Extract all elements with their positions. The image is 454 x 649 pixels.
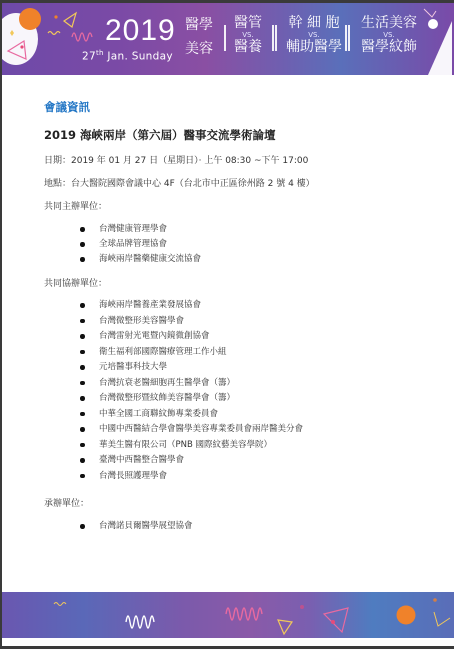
banner-tag-3: 幹 細 胞 VS. 輔助醫學 [282,15,346,55]
banner-divider [348,25,350,51]
venue-line: 地點：台大醫院國際會議中心 4F（台北市中正區徐州路 2 號 4 樓） [44,176,315,189]
bullet-icon [80,412,85,417]
banner-date: 27th Jan. Sunday [82,49,173,63]
date-rest: Jan. Sunday [104,51,173,63]
bullet-icon [80,303,85,308]
list-item-text: 台灣微整形美容醫學會 [99,314,184,326]
document-page: 2019 27th Jan. Sunday 醫學 美容 醫管 VS. 醫養 幹 … [2,3,454,646]
decorative-triangle-icon [412,3,454,75]
list-item-text: 元培醫事科技大學 [99,360,167,372]
bullet-icon [80,334,85,339]
co-organizers-label: 共同協辦單位： [44,276,107,289]
list-item-text: 台灣微整形暨紋飾美容醫學會（籌） [99,391,235,403]
tag-top: 醫學 [185,17,213,33]
bullet-icon [80,524,85,529]
tag-bottom: 醫養 [234,39,262,55]
bullet-icon [80,458,85,463]
list-item-text: 台灣長照護理學會 [99,469,167,481]
decorative-shapes-icon [2,3,112,75]
banner-tag-1: 醫學 美容 [182,17,216,57]
list-item: 台灣雷射光電暨內鏡微創協會 [2,329,454,343]
list-item: 台灣長照護理學會 [2,469,454,483]
banner-year: 2019 [105,16,176,46]
header-banner: 2019 27th Jan. Sunday 醫學 美容 醫管 VS. 醫養 幹 … [2,3,454,75]
list-item-text: 中國中西醫結合學會醫學美容專業委員會兩岸醫美分會 [99,422,303,434]
bullet-icon [80,396,85,401]
tag-bottom: 美容 [185,41,213,57]
bullet-icon [80,381,85,386]
event-title: 2019 海峽兩岸（第六屆）醫事交流學術論壇 [44,127,276,143]
list-item: 台灣微整形暨紋飾美容醫學會（籌） [2,391,454,405]
bullet-icon [80,350,85,355]
list-item: 臺灣中西醫整合醫學會 [2,453,454,467]
tag-bottom: 輔助醫學 [286,39,342,55]
list-item-text: 台灣雷射光電暨內鏡微創協會 [99,329,210,341]
tag-top: 醫管 [234,15,262,31]
bullet-icon [80,365,85,370]
section-title: 會議資訊 [44,99,90,115]
banner-divider [224,25,226,51]
list-item: 台灣健康管理學會 [2,222,454,236]
list-item: 華美生醫有限公司（PNB 國際紋藝美容學院） [2,438,454,452]
host-label: 承辦單位： [44,496,89,509]
list-item-text: 台灣諾貝爾醫學展望協會 [99,519,193,531]
tag-vs: VS. [282,31,346,39]
tag-top: 幹 細 胞 [289,15,340,31]
tag-top: 生活美容 [361,15,417,31]
bullet-icon [80,427,85,432]
bullet-icon [80,227,85,232]
list-item-text: 全球品牌管理協會 [99,237,167,249]
list-item: 元培醫事科技大學 [2,360,454,374]
list-item: 台灣微整形美容醫學會 [2,314,454,328]
footer-banner [2,592,454,638]
list-item: 全球品牌管理協會 [2,237,454,251]
list-item: 中國中西醫結合學會醫學美容專業委員會兩岸醫美分會 [2,422,454,436]
bullet-icon [80,257,85,262]
date-suffix: th [96,49,104,57]
list-item: 海峽兩岸醫養產業發展協會 [2,298,454,312]
list-item: 台灣抗衰老醫細胞再生醫學會（籌） [2,376,454,390]
bullet-icon [80,474,85,479]
banner-tag-2: 醫管 VS. 醫養 [230,15,266,55]
list-item: 衛生福利部國際醫療管理工作小組 [2,345,454,359]
list-item-text: 臺灣中西醫整合醫學會 [99,453,184,465]
bullet-icon [80,242,85,247]
list-item-text: 海峽兩岸醫養產業發展協會 [99,298,201,310]
list-item-text: 海峽兩岸醫藥健康交流協會 [99,252,201,264]
tag-bottom: 醫學紋飾 [361,39,417,55]
list-item: 海峽兩岸醫藥健康交流協會 [2,252,454,266]
banner-divider [272,25,274,51]
organizers-label: 共同主辦單位： [44,199,107,212]
tag-vs: VS. [230,31,266,39]
list-item: 中華全國工商聯紋飾專業委員會 [2,407,454,421]
decorative-shapes-icon [2,592,454,638]
date-day: 27 [82,51,96,63]
banner-divider [275,25,277,51]
bullet-icon [80,319,85,324]
date-line: 日期：2019 年 01 月 27 日（星期日）· 上午 08:30 ~下午 1… [44,153,308,166]
list-item-text: 台灣抗衰老醫細胞再生醫學會（籌） [99,376,235,388]
list-item-text: 中華全國工商聯紋飾專業委員會 [99,407,218,419]
banner-divider [345,25,347,51]
bullet-icon [80,443,85,448]
list-item-text: 台灣健康管理學會 [99,222,167,234]
list-item: 台灣諾貝爾醫學展望協會 [2,519,454,533]
list-item-text: 華美生醫有限公司（PNB 國際紋藝美容學院） [99,438,272,450]
list-item-text: 衛生福利部國際醫療管理工作小組 [99,345,227,357]
